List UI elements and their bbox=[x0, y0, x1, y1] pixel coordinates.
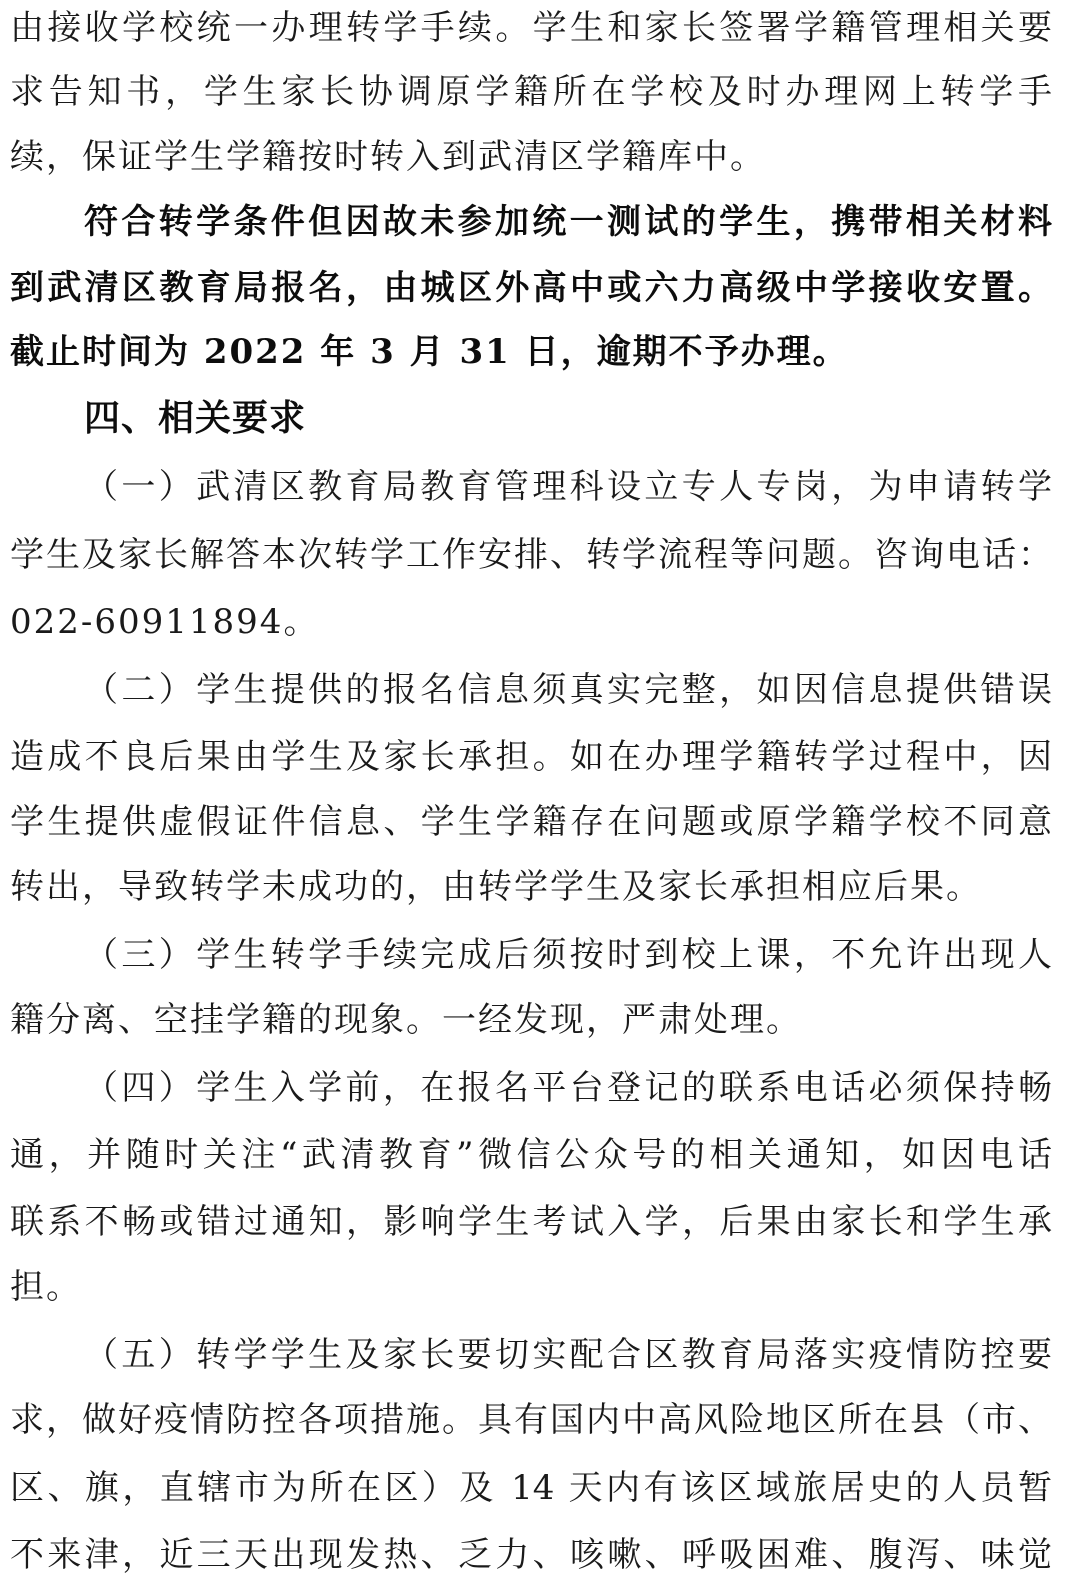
text-line: （二）学生提供的报名信息须真实完整，如因信息提供错误 bbox=[84, 668, 1052, 712]
document-page: 由接收学校统一办理转学手续。学生和家长签署学籍管理相关要 求告知书，学生家长协调… bbox=[0, 0, 1080, 1595]
text-line: 籍分离、空挂学籍的现象。一经发现，严肃处理。 bbox=[10, 998, 1052, 1042]
text-line: （四）学生入学前，在报名平台登记的联系电话必须保持畅 bbox=[84, 1066, 1052, 1110]
text-line: 区、旗，直辖市为所在区）及 14 天内有该区域旅居史的人员暂 bbox=[10, 1466, 1052, 1510]
text-line: （一）武清区教育局教育管理科设立专人专岗，为申请转学 bbox=[84, 465, 1052, 509]
contact-phone: 022-60911894。 bbox=[10, 600, 1052, 644]
section-heading: 四、相关要求 bbox=[84, 397, 1052, 441]
text-line: 符合转学条件但因故未参加统一测试的学生，携带相关材料 bbox=[84, 200, 1052, 244]
deadline-text: 截止时间为 2022 年 3 月 31 日，逾期不予办理。 bbox=[10, 330, 1052, 374]
text-line: 由接收学校统一办理转学手续。学生和家长签署学籍管理相关要 bbox=[10, 6, 1052, 50]
text-line: 学生提供虚假证件信息、学生学籍存在问题或原学籍学校不同意 bbox=[10, 800, 1052, 844]
text-line: 到武清区教育局报名，由城区外高中或六力高级中学接收安置。 bbox=[10, 266, 1052, 310]
text-line: 造成不良后果由学生及家长承担。如在办理学籍转学过程中，因 bbox=[10, 735, 1052, 779]
text-line: 转出，导致转学未成功的，由转学学生及家长承担相应后果。 bbox=[10, 865, 1052, 909]
text-line: 求，做好疫情防控各项措施。具有国内中高风险地区所在县（市、 bbox=[10, 1398, 1052, 1442]
text-line: 不来津，近三天出现发热、乏力、咳嗽、呼吸困难、腹泻、味觉 bbox=[10, 1533, 1052, 1577]
text-line: 联系不畅或错过通知，影响学生考试入学，后果由家长和学生承 bbox=[10, 1200, 1052, 1244]
text-line: 通，并随时关注“武清教育”微信公众号的相关通知，如因电话 bbox=[10, 1133, 1052, 1177]
text-line: （五）转学学生及家长要切实配合区教育局落实疫情防控要 bbox=[84, 1333, 1052, 1377]
text-line: 学生及家长解答本次转学工作安排、转学流程等问题。咨询电话： bbox=[10, 533, 1052, 577]
text-line: 求告知书，学生家长协调原学籍所在学校及时办理网上转学手 bbox=[10, 70, 1052, 114]
text-line: （三）学生转学手续完成后须按时到校上课，不允许出现人 bbox=[84, 933, 1052, 977]
text-line: 续，保证学生学籍按时转入到武清区学籍库中。 bbox=[10, 135, 1052, 179]
text-line: 担。 bbox=[10, 1265, 1052, 1309]
